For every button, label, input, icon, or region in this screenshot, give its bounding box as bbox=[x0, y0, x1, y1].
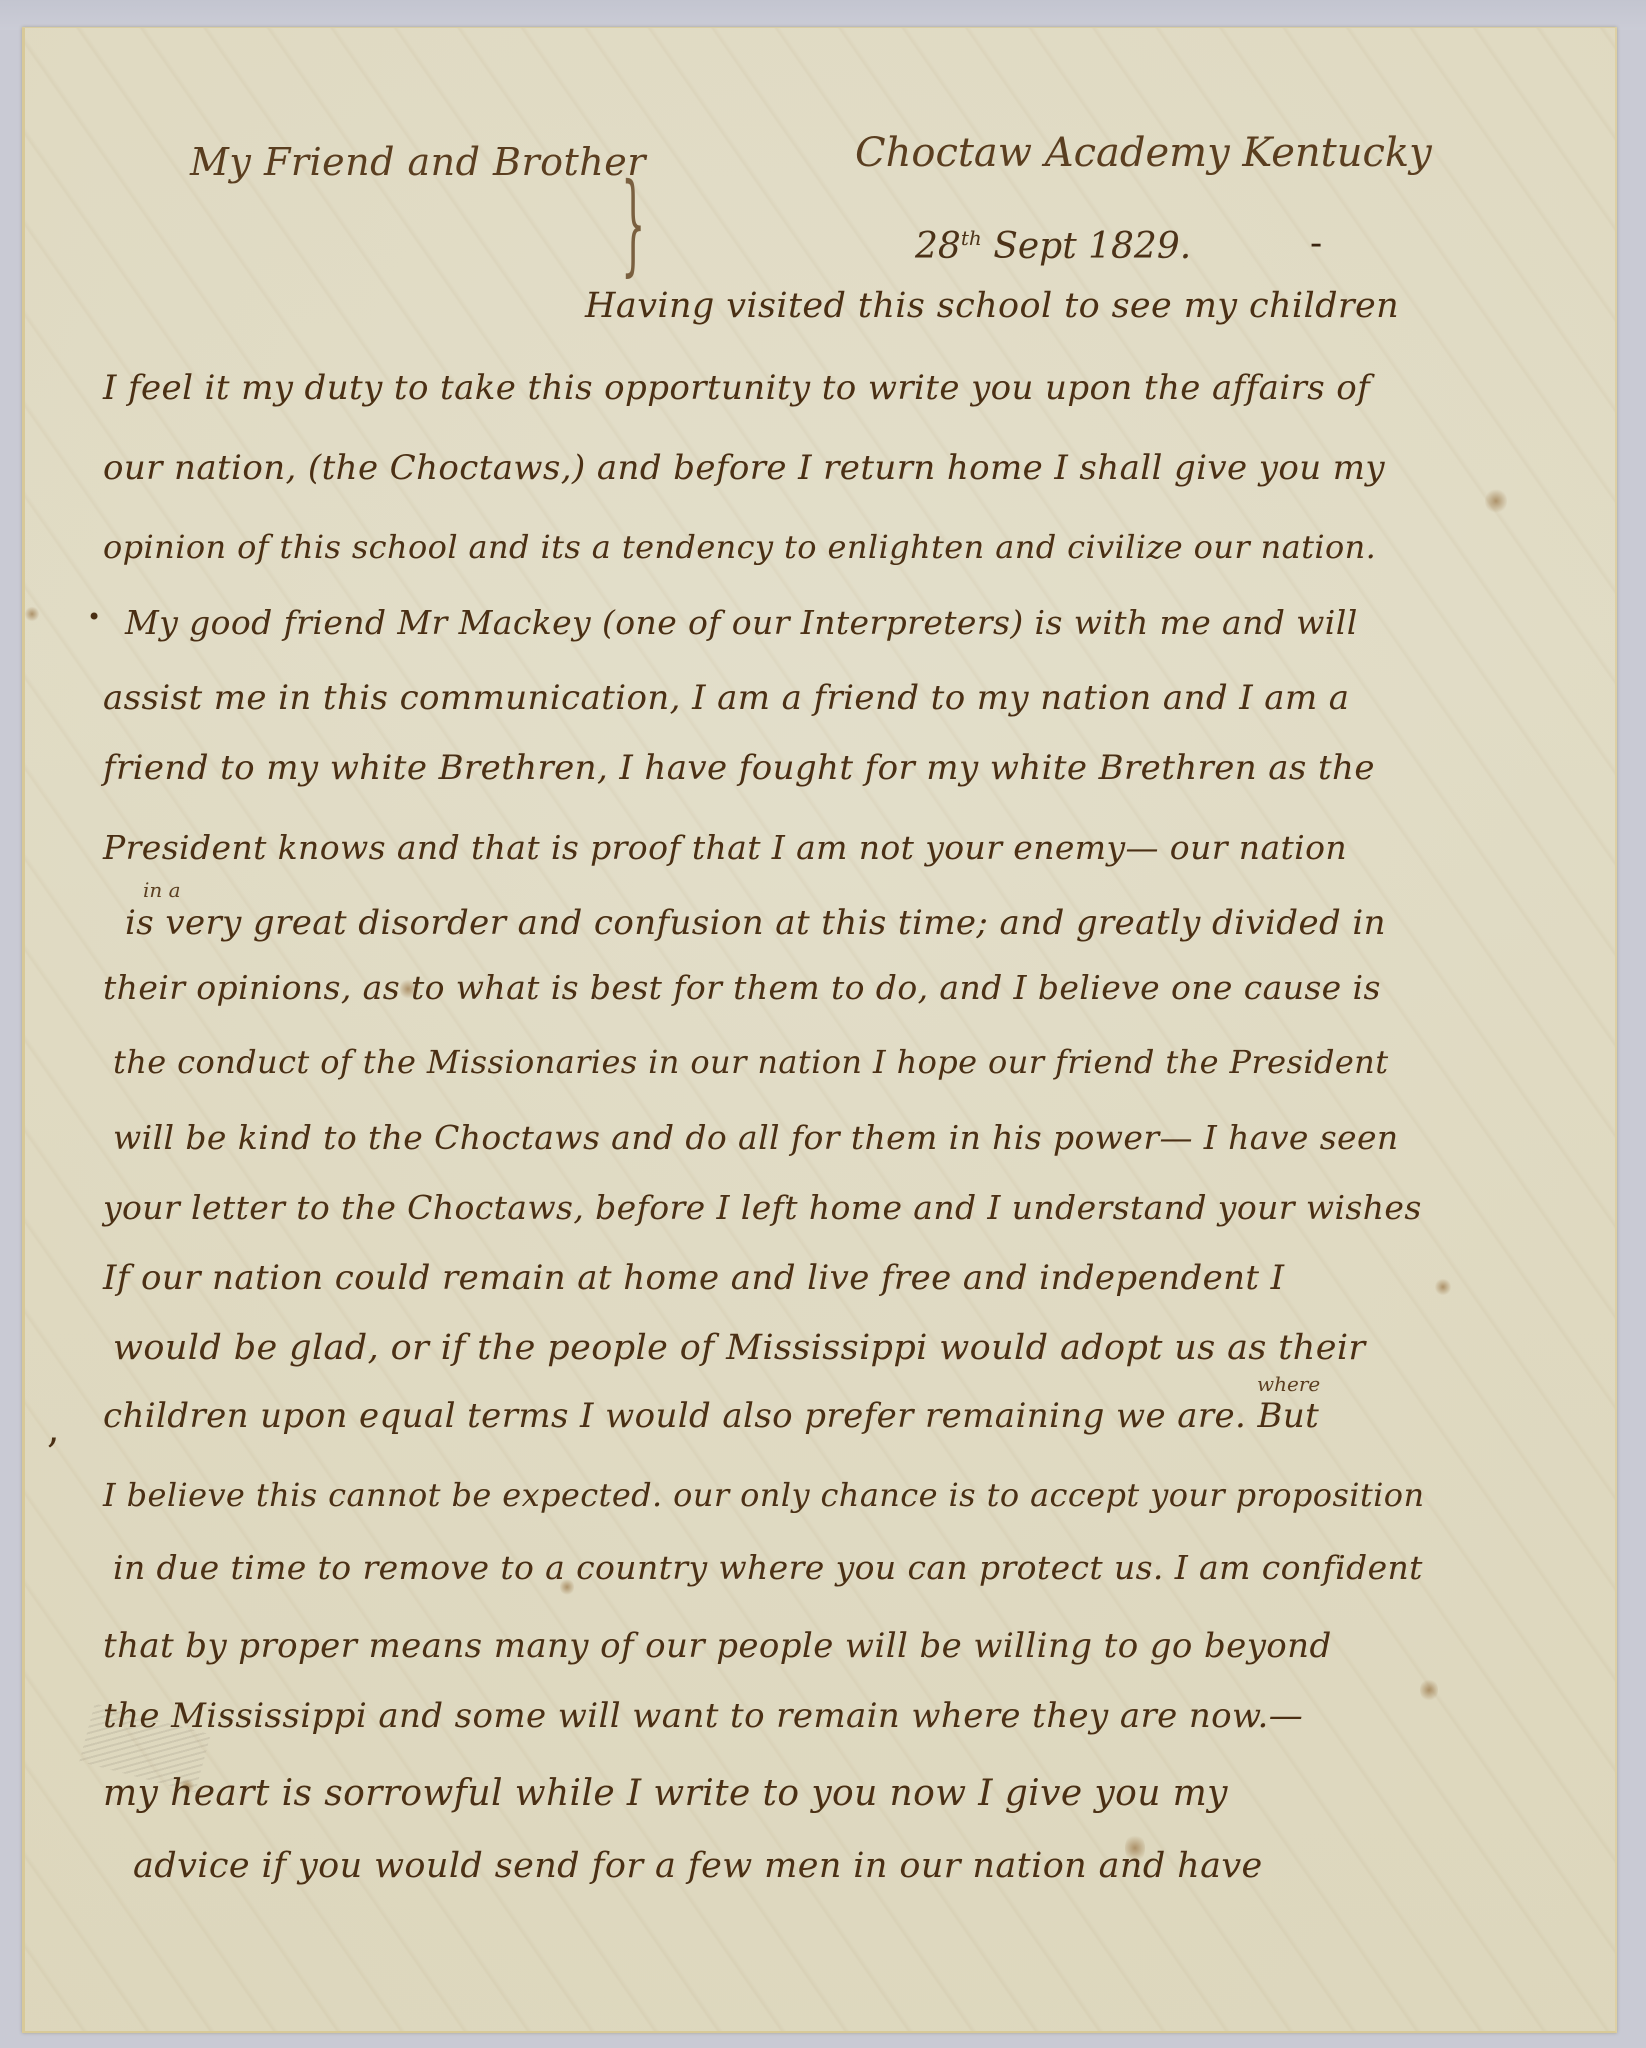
body-line: would be glad, or if the people of Missi… bbox=[113, 1328, 1366, 1368]
body-line: the Mississippi and some will want to re… bbox=[103, 1696, 1303, 1736]
body-line: If our nation could remain at home and l… bbox=[103, 1258, 1285, 1298]
date-day: 28 bbox=[915, 226, 961, 267]
body-line: assist me in this communication, I am a … bbox=[103, 678, 1349, 718]
body-line: President knows and that is proof that I… bbox=[103, 828, 1347, 867]
body-line: Having visited this school to see my chi… bbox=[585, 286, 1399, 326]
letter-place: Choctaw Academy Kentucky bbox=[855, 130, 1432, 176]
body-line: my heart is sorrowful while I write to y… bbox=[103, 1773, 1228, 1814]
body-line: their opinions, as to what is best for t… bbox=[103, 968, 1381, 1007]
body-line: I believe this cannot be expected. our o… bbox=[103, 1476, 1424, 1514]
date-dash: - bbox=[1310, 223, 1322, 264]
salutation: My Friend and Brother bbox=[190, 140, 646, 184]
body-line: the conduct of the Missionaries in our n… bbox=[113, 1043, 1388, 1081]
letter-date: 28th Sept 1829. bbox=[915, 226, 1191, 267]
letter-content: My Friend and Brother } Choctaw Academy … bbox=[25, 28, 1615, 2031]
margin-dot: • bbox=[87, 603, 101, 631]
body-line: our nation, (the Choctaws,) and before I… bbox=[103, 448, 1385, 488]
body-line: that by proper means many of our people … bbox=[103, 1626, 1332, 1666]
body-line: is very great disorder and confusion at … bbox=[125, 903, 1386, 943]
body-line: I feel it my duty to take this opportuni… bbox=[103, 368, 1370, 408]
letter-page: My Friend and Brother } Choctaw Academy … bbox=[22, 27, 1617, 2033]
body-line: opinion of this school and its a tendenc… bbox=[103, 528, 1376, 566]
body-line: advice if you would send for a few men i… bbox=[133, 1846, 1263, 1886]
body-line: children upon equal terms I would also p… bbox=[103, 1396, 1319, 1436]
date-suffix: th bbox=[961, 226, 982, 250]
interlinear-insertion: in a bbox=[143, 878, 181, 902]
margin-comma: , bbox=[47, 1406, 60, 1452]
date-rest: Sept 1829. bbox=[993, 226, 1191, 267]
brace-mark: } bbox=[621, 168, 646, 278]
body-line: in due time to remove to a country where… bbox=[113, 1548, 1423, 1587]
body-line: will be kind to the Choctaws and do all … bbox=[113, 1118, 1399, 1157]
backdrop bbox=[0, 0, 1646, 30]
body-line: friend to my white Brethren, I have foug… bbox=[103, 748, 1375, 788]
body-line: your letter to the Choctaws, before I le… bbox=[103, 1188, 1422, 1227]
interlinear-insertion: where bbox=[1257, 1372, 1320, 1396]
body-line: My good friend Mr Mackey (one of our Int… bbox=[125, 603, 1358, 642]
